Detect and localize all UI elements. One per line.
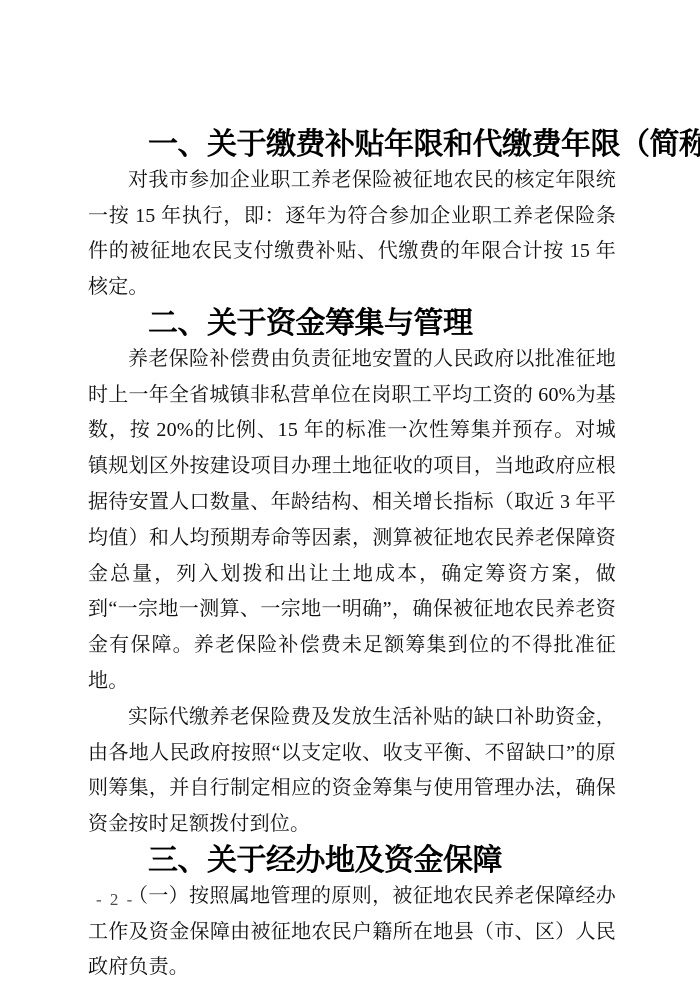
section-1-paragraph-1: 对我市参加企业职工养老保险被征地农民的核定年限统一按 15 年执行，即：逐年为符… [88,163,616,306]
section-2-paragraph-2: 实际代缴养老保险费及发放生活补贴的缺口补助资金，由各地人民政府按照“以支定收、收… [88,700,616,843]
page-number: - 2 - [96,888,134,912]
section-3-paragraph-1: （一）按照属地管理的原则，被征地农民养老保障经办工作及资金保障由被征地农民户籍所… [88,879,616,986]
section-heading-1: 一、关于缴费补贴年限和代缴费年限（简称“核定年限”） [88,127,616,163]
section-2-paragraph-1: 养老保险补偿费由负责征地安置的人民政府以批准征地时上一年全省城镇非私营单位在岗职… [88,342,616,700]
section-heading-2: 二、关于资金筹集与管理 [88,306,616,342]
document-content: 一、关于缴费补贴年限和代缴费年限（简称“核定年限”） 对我市参加企业职工养老保险… [88,127,616,986]
section-heading-3: 三、关于经办地及资金保障 [88,843,616,879]
document-page: 一、关于缴费补贴年限和代缴费年限（简称“核定年限”） 对我市参加企业职工养老保险… [0,0,700,990]
